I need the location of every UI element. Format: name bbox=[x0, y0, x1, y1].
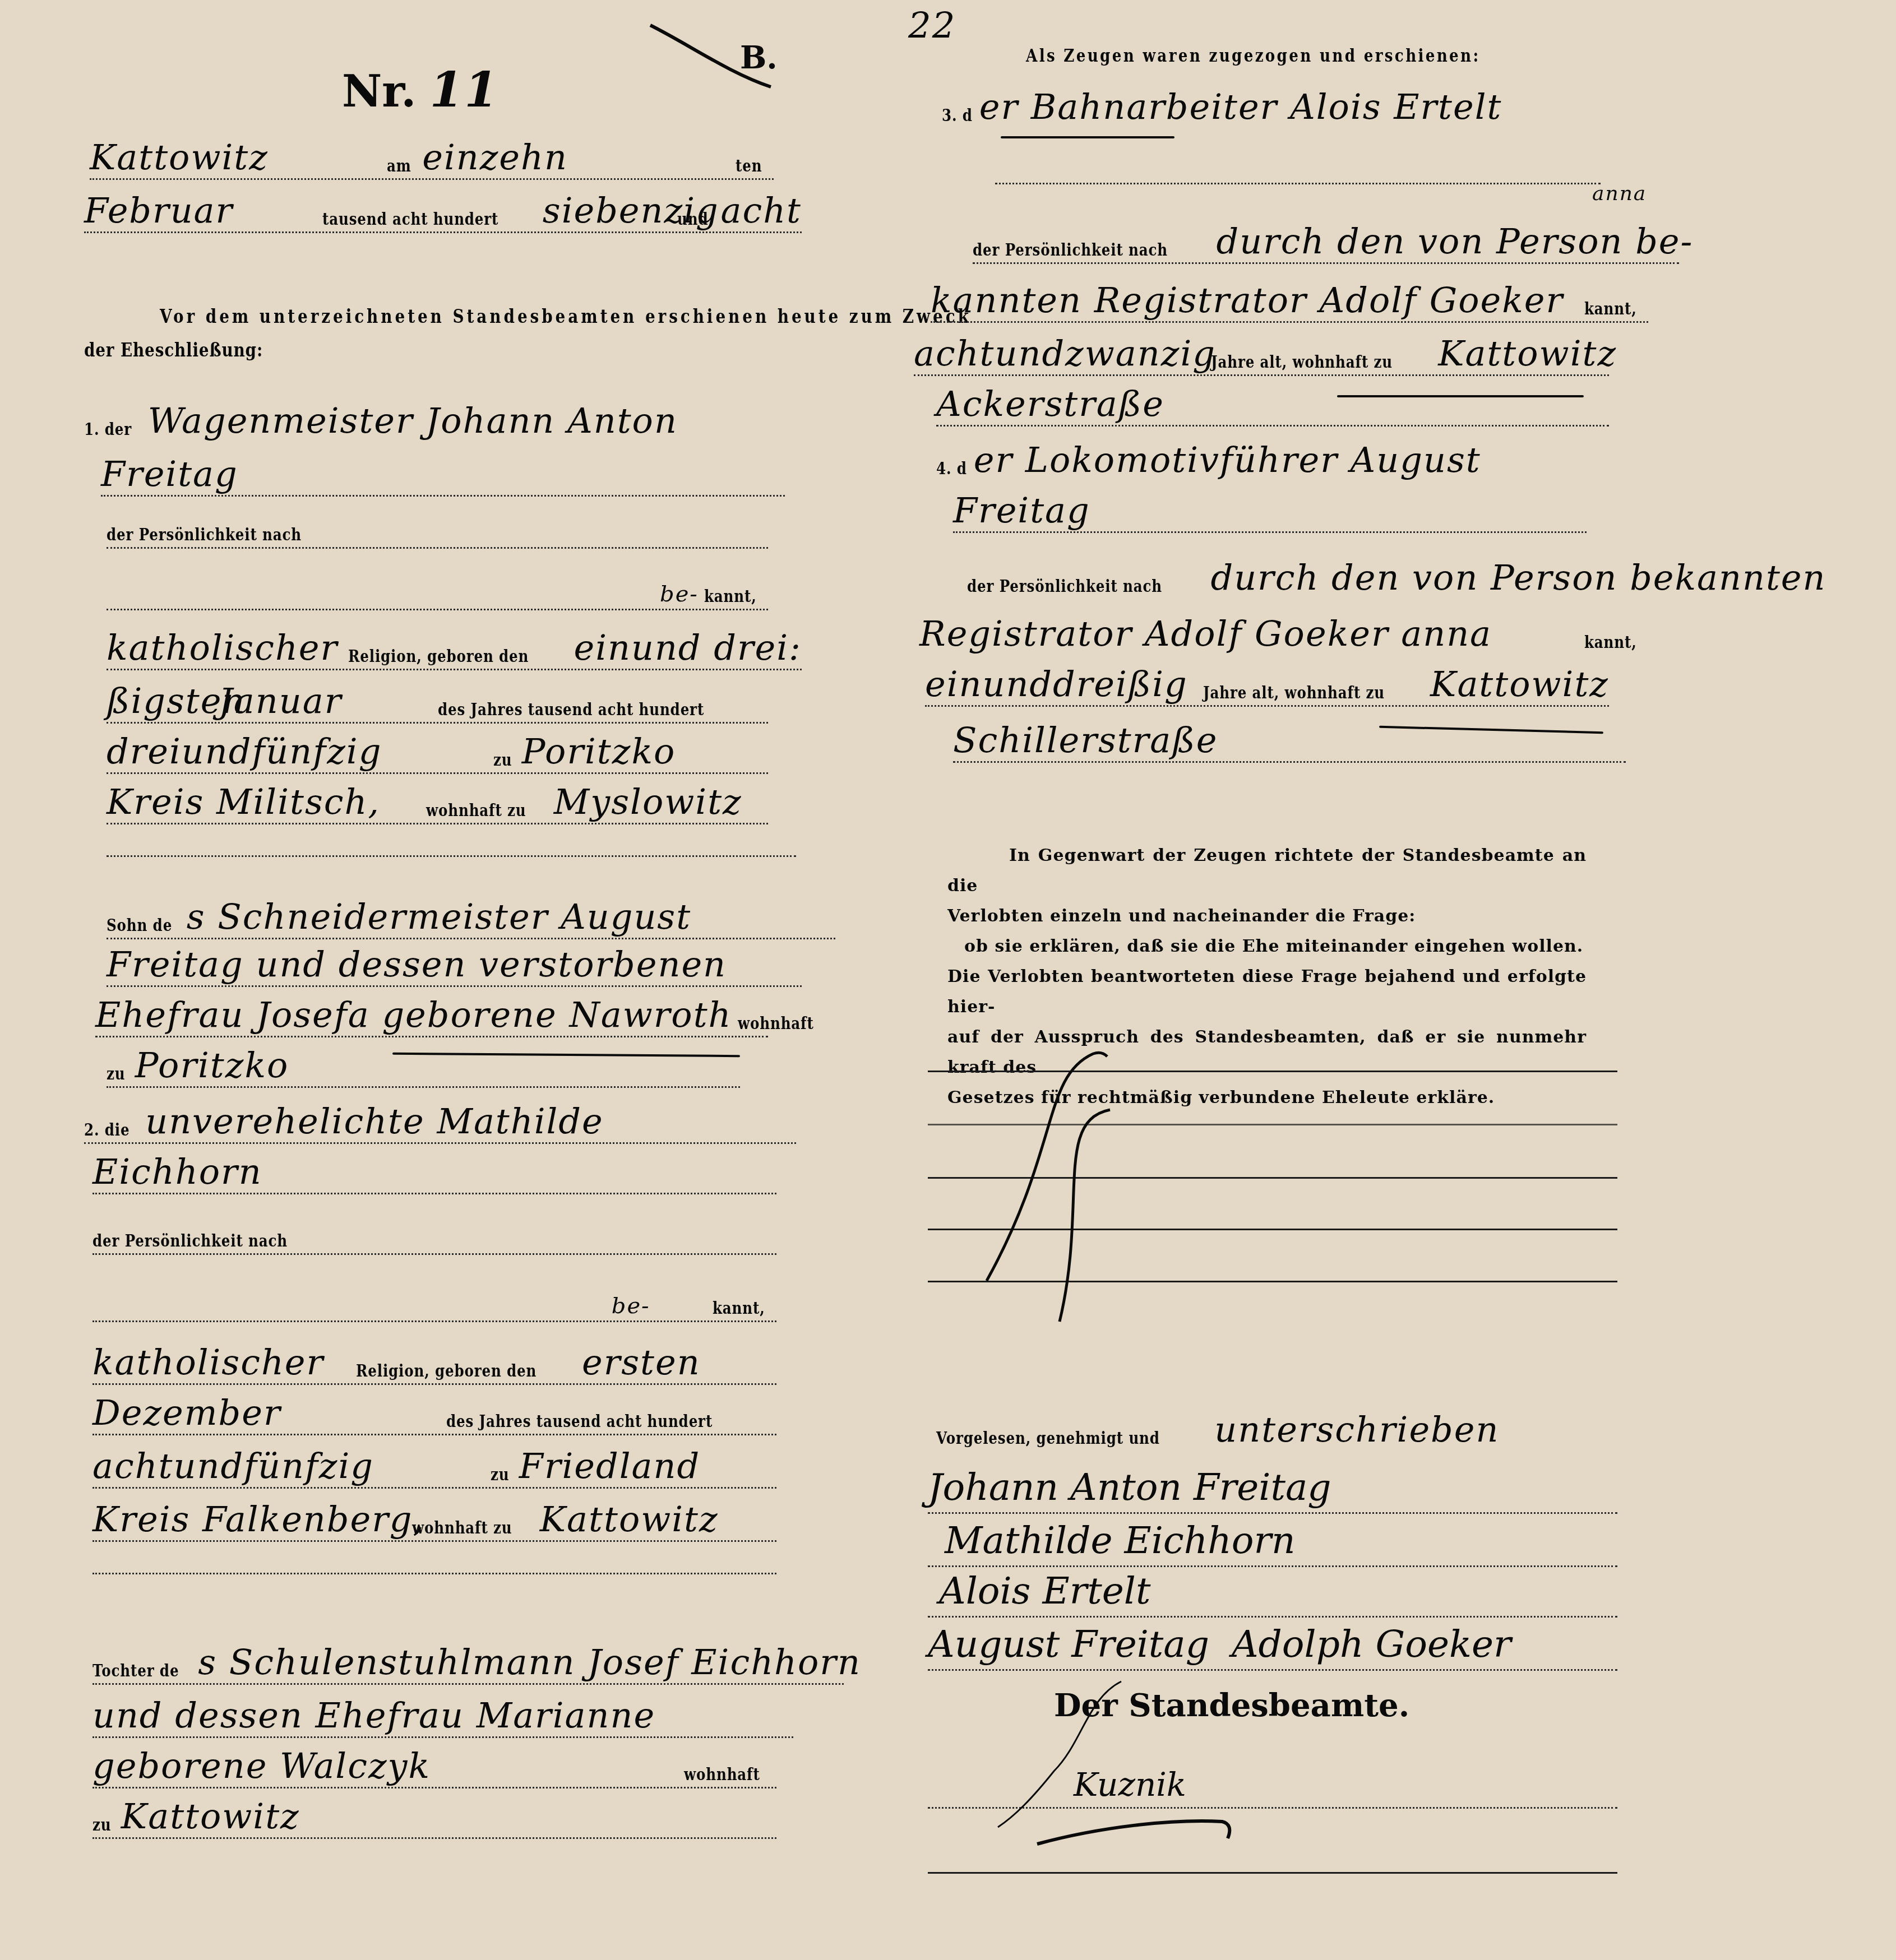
bride-known-line: be- kannt, bbox=[93, 1295, 776, 1322]
groom-identity-label: der Persönlichkeit nach bbox=[107, 527, 302, 544]
bride-parents-1: s Schulenstuhlmann Josef Eichhorn bbox=[198, 1645, 861, 1680]
signature-line-1: Johann Anton Freitag bbox=[928, 1466, 1617, 1514]
closing-line: Vorgelesen, genehmigt und unterschrieben bbox=[936, 1412, 1676, 1451]
groom-blank-line bbox=[107, 852, 796, 857]
groom-birth-place: Poritzko bbox=[522, 734, 676, 769]
bride-birth-day: ersten bbox=[582, 1345, 701, 1380]
fill-stroke bbox=[1001, 136, 1174, 138]
groom-district: Kreis Militsch, bbox=[107, 785, 420, 819]
bride-parents-line-1: Tochter de s Schulenstuhlmann Josef Eich… bbox=[93, 1645, 844, 1685]
witness3-known-label: kannt, bbox=[1584, 301, 1637, 318]
bottom-rule bbox=[928, 1872, 1617, 1874]
groom-birth-month-line: ßigsten Januar des Jahres tausend acht h… bbox=[107, 684, 768, 724]
witness4-name-line: 4. d er Lokomotivführer August bbox=[936, 443, 1665, 481]
signature-witness4: August Freitag bbox=[928, 1623, 1209, 1666]
witness4-residence-2: Schillerstraße bbox=[953, 723, 1218, 758]
groom-residence-line: Kreis Militsch, wohnhaft zu Myslowitz bbox=[107, 785, 768, 824]
groom-identity-line: der Persönlichkeit nach bbox=[107, 527, 768, 549]
groom-birth-year-line: dreiundfünfzig zu Poritzko bbox=[107, 734, 768, 774]
ceremony-line-2: Verlobten einzeln und nacheinander die F… bbox=[947, 901, 1587, 932]
bride-parents-residence: Kattowitz bbox=[121, 1799, 300, 1834]
signature-line-4: August Freitag Adolph Goeker bbox=[928, 1623, 1617, 1671]
witness3-identity-2: kannten Registrator Adolf Goeker bbox=[931, 283, 1579, 318]
witness3-age-line: achtundzwanzig Jahre alt, wohnhaft zu Ka… bbox=[914, 336, 1609, 376]
bride-parents-3: geborene Walczyk bbox=[93, 1749, 678, 1783]
witness3-residence-2: Ackerstraße bbox=[936, 387, 1164, 421]
witness4-occupation-name: er Lokomotivführer August bbox=[974, 443, 1481, 478]
witness3-identity-line-2: kannten Registrator Adolf Goeker kannt, bbox=[931, 283, 1648, 323]
groom-parents-residence: Poritzko bbox=[135, 1048, 289, 1083]
witness4-age: einunddreißig bbox=[925, 667, 1197, 702]
page-number: 22 bbox=[908, 6, 956, 47]
witness4-age-line: einunddreißig Jahre alt, wohnhaft zu Kat… bbox=[925, 667, 1609, 707]
entry-label: Nr. bbox=[342, 66, 416, 117]
bride-birth-month-line: Dezember des Jahres tausend acht hundert bbox=[93, 1396, 776, 1435]
bride-surname: Eichhorn bbox=[93, 1155, 262, 1189]
groom-birth-day-cont: ßigsten bbox=[107, 684, 219, 719]
bride-district: Kreis Falkenberg, bbox=[93, 1502, 406, 1537]
day-value: einzehn bbox=[422, 140, 730, 175]
groom-known-label: kannt, bbox=[704, 589, 757, 605]
place-date-line-1: Kattowitz am einzehn ten bbox=[90, 140, 774, 180]
bride-parents-2: und dessen Ehefrau Marianne bbox=[93, 1698, 655, 1733]
groom-known-line: be- kannt, bbox=[107, 583, 768, 610]
groom-residence-label: wohnhaft zu bbox=[426, 803, 526, 819]
witness4-known-label: kannt, bbox=[1584, 634, 1637, 651]
groom-residence: Myslowitz bbox=[554, 785, 742, 819]
bride-residence-label: wohnhaft zu bbox=[412, 1520, 512, 1537]
witness4-residence: Kattowitz bbox=[1430, 667, 1609, 702]
bride-parents-zu: zu bbox=[93, 1817, 112, 1834]
witness3-blank-line bbox=[995, 179, 1601, 184]
bride-residence-line: Kreis Falkenberg, wohnhaft zu Kattowitz bbox=[93, 1502, 776, 1542]
groom-birth-month: Januar bbox=[219, 684, 432, 719]
groom-known-suffix: be- bbox=[660, 583, 699, 605]
groom-parents-1: s Schneidermeister August bbox=[187, 900, 691, 934]
bride-number-label: 2. die bbox=[84, 1122, 130, 1139]
place-value: Kattowitz bbox=[90, 140, 381, 175]
witness3-residence: Kattowitz bbox=[1438, 336, 1617, 371]
left-page: Nr.11 B. Kattowitz am einzehn ten Februa… bbox=[0, 0, 875, 1960]
bride-birth-year-line: achtundfünfzig zu Friedland bbox=[93, 1449, 776, 1489]
bride-residence: Kattowitz bbox=[540, 1502, 719, 1537]
groom-religion-value: katholischer bbox=[107, 631, 343, 665]
groom-parents-line-1: Sohn de s Schneidermeister August bbox=[107, 900, 835, 939]
witness4-identity-2: Registrator Adolf Goeker anna bbox=[919, 617, 1579, 651]
intro-text: Vor dem unterzeichneten Standesbeamten e… bbox=[160, 305, 972, 328]
witness3-identity-line: der Persönlichkeit nach durch den von Pe… bbox=[973, 224, 1679, 264]
bride-surname-line: Eichhorn bbox=[93, 1155, 776, 1194]
witness3-residence-line-2: Ackerstraße bbox=[936, 387, 1609, 427]
groom-parents-label: Sohn de bbox=[107, 918, 172, 934]
groom-parents-2: Freitag und dessen verstorbenen bbox=[107, 947, 727, 982]
witness4-age-label: Jahre alt, wohnhaft zu bbox=[1203, 685, 1385, 702]
closing-value: unterschrieben bbox=[1214, 1412, 1499, 1447]
fill-stroke bbox=[1337, 395, 1584, 397]
right-page: 22 Als Zeugen waren zugezogen und erschi… bbox=[875, 0, 1896, 1960]
am-label: am bbox=[387, 158, 411, 175]
groom-parents-residence-label: wohnhaft bbox=[738, 1016, 814, 1032]
witness3-number-label: 3. d bbox=[942, 108, 973, 124]
witness3-name-line: 3. d er Bahnarbeiter Alois Ertelt bbox=[942, 90, 1671, 128]
bride-name-line: 2. die unverehelichte Mathilde bbox=[84, 1104, 796, 1144]
bride-occupation-name: unverehelichte Mathilde bbox=[145, 1104, 604, 1139]
witness4-surname-line: Freitag bbox=[953, 493, 1587, 533]
bride-parents-line-3: geborene Walczyk wohnhaft bbox=[93, 1749, 776, 1788]
groom-birth-day: einund drei: bbox=[574, 631, 802, 665]
bride-known-label: kannt, bbox=[713, 1300, 765, 1317]
witness3-age-label: Jahre alt, wohnhaft zu bbox=[1211, 354, 1393, 371]
witness4-identity-line-2: Registrator Adolf Goeker anna kannt, bbox=[919, 617, 1648, 655]
witness3-insertion: anna bbox=[1592, 182, 1647, 205]
entry-number: 11 bbox=[429, 62, 499, 118]
year-printed: tausend acht hundert bbox=[322, 211, 498, 228]
ceremony-line-3: ob sie erklären, daß sie die Ehe miteina… bbox=[947, 932, 1587, 962]
ceremony-line-1: In Gegenwart der Zeugen richtete der Sta… bbox=[947, 841, 1587, 901]
bride-birth-year-label: des Jahres tausend acht hundert bbox=[446, 1414, 713, 1430]
bride-known-suffix: be- bbox=[612, 1295, 707, 1317]
groom-religion-line: katholischer Religion, geboren den einun… bbox=[107, 631, 802, 670]
witness4-identity-line: der Persönlichkeit nach durch den von Pe… bbox=[967, 560, 1707, 599]
witness4-identity-value: durch den von Person bekannten bbox=[1210, 560, 1826, 595]
bride-birth-year: achtundfünfzig bbox=[93, 1449, 485, 1484]
form-letter-b: B. bbox=[740, 39, 778, 76]
groom-birth-year: dreiundfünfzig bbox=[107, 734, 488, 769]
bride-blank-line bbox=[93, 1569, 776, 1574]
signature-groom: Johann Anton Freitag bbox=[928, 1466, 1331, 1509]
groom-surname-line: Freitag bbox=[101, 457, 785, 497]
ten-label: ten bbox=[736, 158, 762, 175]
bride-parents-label: Tochter de bbox=[93, 1663, 179, 1680]
bride-birth-place-label: zu bbox=[491, 1467, 510, 1484]
witnesses-heading: Als Zeugen waren zugezogen und erschiene… bbox=[1026, 45, 1480, 66]
witness4-surname: Freitag bbox=[953, 493, 1090, 528]
year-und: und bbox=[677, 211, 708, 228]
ceremony-line-4: Die Verlobten beantworteten diese Frage … bbox=[947, 962, 1587, 1022]
bride-identity-label: der Persönlichkeit nach bbox=[93, 1233, 288, 1250]
signature-identifier: Adolph Goeker bbox=[1232, 1623, 1511, 1666]
witness4-number-label: 4. d bbox=[936, 461, 967, 478]
bride-birth-place: Friedland bbox=[519, 1449, 700, 1484]
cancellation-strokes bbox=[875, 1037, 1659, 1345]
bride-parents-residence-label: wohnhaft bbox=[684, 1767, 760, 1783]
bride-religion-label: Religion, geboren den bbox=[356, 1363, 537, 1380]
witness3-age: achtundzwanzig bbox=[914, 336, 1205, 371]
groom-number-label: 1. der bbox=[84, 421, 132, 438]
groom-surname: Freitag bbox=[101, 457, 238, 492]
signature-line-3: Alois Ertelt bbox=[928, 1569, 1617, 1618]
signature-line-2: Mathilde Eichhorn bbox=[928, 1519, 1617, 1567]
groom-parents-line-2: Freitag und dessen verstorbenen bbox=[107, 947, 802, 987]
witness3-identity-label: der Persönlichkeit nach bbox=[973, 242, 1168, 259]
groom-occupation-name: Wagenmeister Johann Anton bbox=[148, 404, 678, 438]
closing-label: Vorgelesen, genehmigt und bbox=[936, 1430, 1160, 1447]
place-date-line-2: Februar tausend acht hundert siebenzig u… bbox=[84, 193, 802, 233]
bride-parents-residence-line: zu Kattowitz bbox=[93, 1799, 776, 1839]
groom-birth-year-label: des Jahres tausend acht hundert bbox=[438, 702, 704, 719]
groom-parents-line-3: Ehefrau Josefa geborene Nawroth wohnhaft bbox=[95, 998, 768, 1037]
bride-birth-month: Dezember bbox=[93, 1396, 441, 1430]
signature-bride: Mathilde Eichhorn bbox=[945, 1519, 1296, 1562]
bride-religion-line: katholischer Religion, geboren den erste… bbox=[93, 1345, 776, 1385]
groom-religion-label: Religion, geboren den bbox=[348, 648, 529, 665]
bride-parents-line-2: und dessen Ehefrau Marianne bbox=[93, 1698, 793, 1738]
entry-number-heading: Nr.11 bbox=[342, 62, 499, 118]
witness3-identity-value: durch den von Person be- bbox=[1216, 224, 1693, 259]
registrar-flourish bbox=[975, 1676, 1289, 1866]
groom-parents-3: Ehefrau Josefa geborene Nawroth bbox=[95, 998, 732, 1032]
intro-text-2: der Eheschließung: bbox=[84, 339, 263, 362]
month-value: Februar bbox=[84, 193, 317, 228]
bride-religion-value: katholischer bbox=[93, 1345, 350, 1380]
bride-identity-line: der Persönlichkeit nach bbox=[93, 1233, 776, 1255]
groom-birth-place-label: zu bbox=[493, 752, 512, 769]
signature-witness3: Alois Ertelt bbox=[939, 1569, 1150, 1613]
year-decade: siebenzig bbox=[543, 193, 672, 228]
year-unit: acht bbox=[720, 193, 802, 228]
groom-name-line: 1. der Wagenmeister Johann Anton bbox=[84, 404, 813, 442]
witness4-identity-label: der Persönlichkeit nach bbox=[967, 578, 1162, 595]
groom-parents-zu: zu bbox=[107, 1066, 126, 1083]
witness3-occupation-name: er Bahnarbeiter Alois Ertelt bbox=[979, 90, 1502, 124]
